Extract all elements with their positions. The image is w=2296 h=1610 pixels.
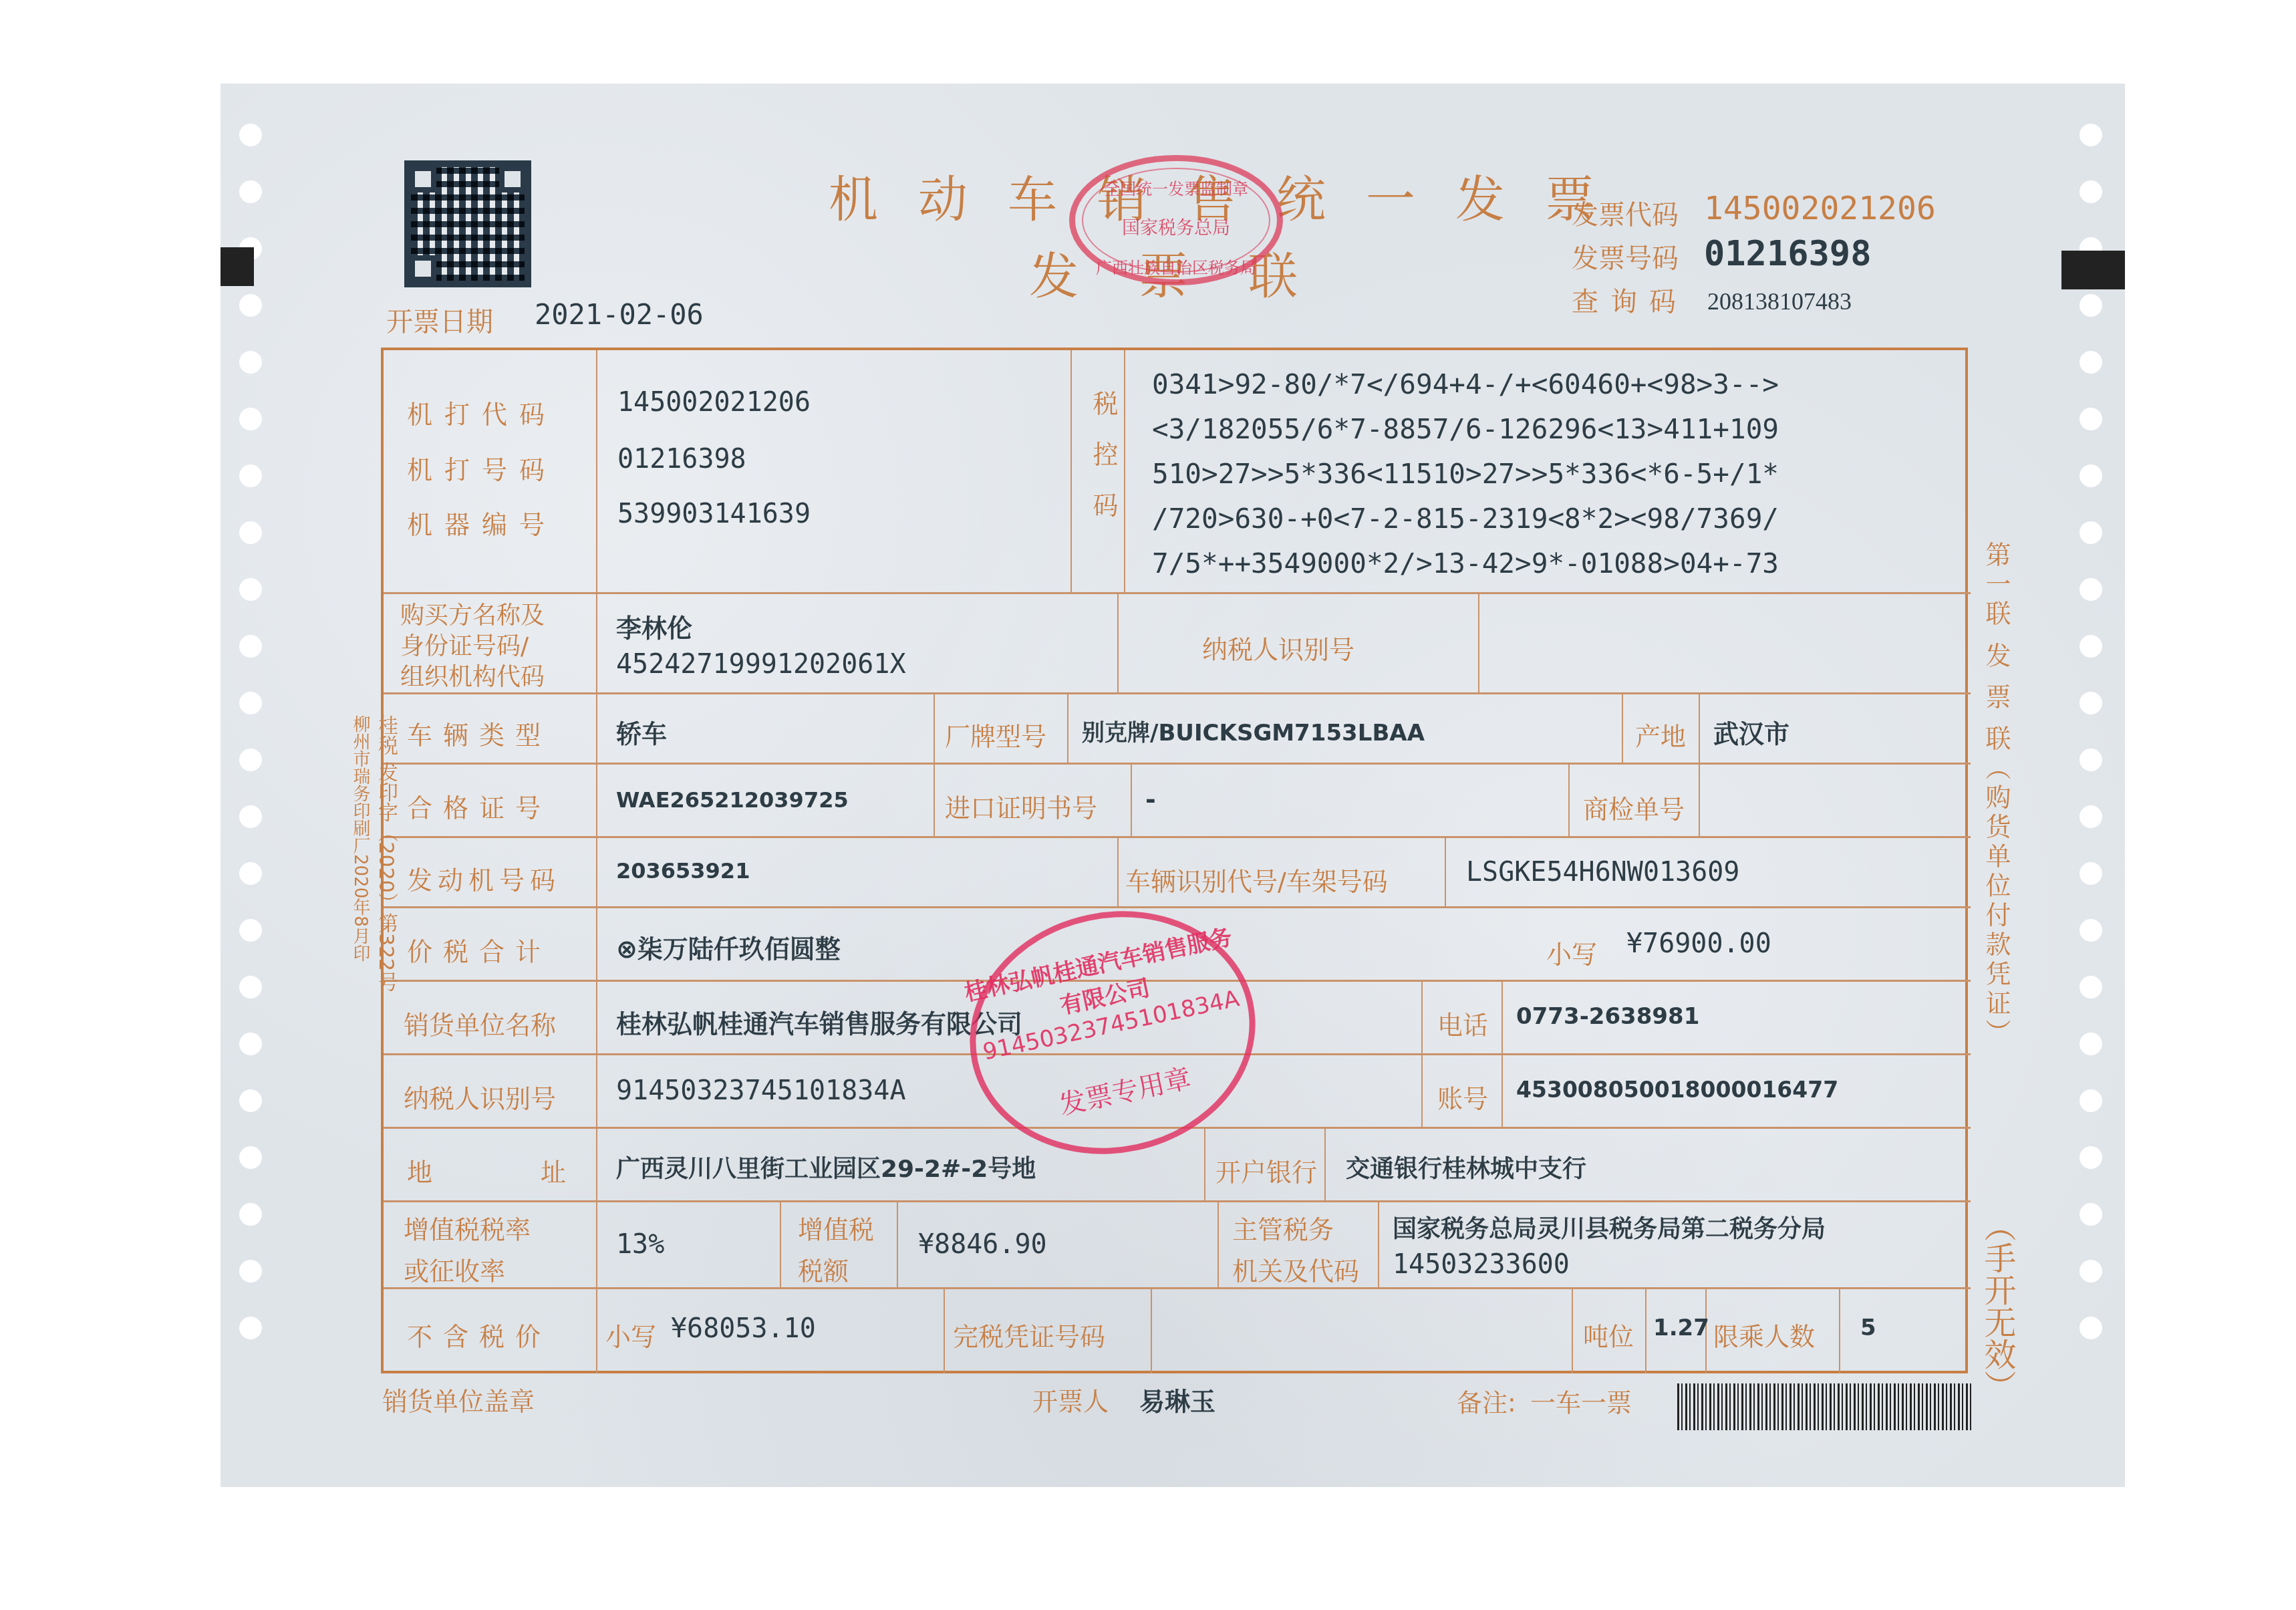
buyer-name: 李林伦 — [616, 608, 692, 644]
query-code-label: 查询码 — [1572, 281, 1688, 319]
import-cert: - — [1145, 785, 1156, 814]
query-code: 208138107483 — [1707, 287, 1852, 315]
copy-note: 第一联 发 票 联（购货单位付款凭证） — [1978, 541, 2015, 1048]
tax-authority-code: 14503233600 — [1393, 1249, 1570, 1280]
seller-account: 453008050018000016477 — [1516, 1077, 1838, 1103]
seller-bank: 交通银行桂林城中支行 — [1346, 1150, 1586, 1184]
invoice-number: 01216398 — [1704, 234, 1871, 274]
tax-authority-name: 国家税务总局灵川县税务局第二税务分局 — [1393, 1210, 1826, 1244]
machine-values-cell: 145002021206 01216398 539903141639 — [597, 350, 1072, 594]
pre-tax-price: ¥68053.10 — [671, 1313, 816, 1344]
origin: 武汉市 — [1713, 713, 1789, 750]
seller-seal-label: 销货单位盖章 — [382, 1381, 535, 1418]
alignment-mark-left — [221, 247, 254, 286]
seller-address: 广西灵川八里街工业园区29-2#-2号地 — [616, 1150, 1036, 1184]
tonnage: 1.27 — [1653, 1315, 1709, 1341]
total-upper: ⊗柒万陆仟玖佰圆整 — [616, 928, 841, 965]
vat-amount: ¥8846.90 — [918, 1229, 1047, 1260]
buyer-label-cell: 购买方名称及身份证号码/组织机构代码 — [384, 594, 597, 694]
tax-control-label-cell: 税控码 — [1072, 350, 1125, 594]
machine-code: 145002021206 — [617, 387, 811, 418]
tax-control-code: 0341>92-80/*7</694+4-/+<60460+<98>3--><3… — [1152, 362, 1779, 586]
buyer-taxpayer-label-cell: 纳税人识别号 — [1119, 594, 1479, 694]
tax-control-code-cell: 0341>92-80/*7</694+4-/+<60460+<98>3--><3… — [1125, 350, 1971, 594]
perforation-holes-right — [2079, 124, 2106, 1460]
perforation-holes-left — [239, 124, 266, 1460]
buyer-taxpayer-value-cell — [1479, 594, 1971, 694]
invoice-code-label: 发票代码 — [1572, 194, 1679, 232]
invoice-table: 机打代码 机打号码 机器编号 145002021206 01216398 539… — [381, 348, 1968, 1373]
remark-label: 备注: — [1457, 1382, 1516, 1419]
vehicle-type: 轿车 — [616, 713, 667, 750]
invoice-code: 145002021206 — [1704, 190, 1936, 227]
invoice-number-label: 发票号码 — [1572, 237, 1679, 275]
certificate-number: WAE265212039725 — [616, 787, 849, 813]
brand-model: 别克牌/BUICKSGM7153LBAA — [1082, 714, 1425, 747]
engine-number: 203653921 — [616, 858, 750, 884]
barcode — [1677, 1383, 1971, 1430]
tax-rate: 13% — [616, 1229, 664, 1260]
machine-number: 01216398 — [617, 444, 746, 475]
device-number: 539903141639 — [617, 499, 811, 529]
seller-phone: 0773-2638981 — [1516, 1003, 1699, 1030]
qr-code — [404, 160, 531, 287]
machine-labels-cell: 机打代码 机打号码 机器编号 — [384, 350, 597, 594]
handwritten-invalid-note: （手开无效） — [1975, 1210, 2021, 1402]
seller-taxpayer-id: 91450323745101834A — [616, 1075, 905, 1106]
seller-name: 桂林弘帆桂通汽车销售服务有限公司 — [616, 1003, 1022, 1040]
passenger-limit: 5 — [1860, 1315, 1876, 1341]
issuer-label: 开票人 — [1032, 1381, 1109, 1418]
issuer-name: 易琳玉 — [1139, 1381, 1215, 1418]
issue-date-label: 开票日期 — [386, 301, 493, 339]
printer-imprint: 桂税 发印字（2020）第322号 柳州市瑞务印刷厂2020年8月印 — [347, 715, 398, 991]
alignment-mark-right — [2061, 251, 2125, 289]
tax-bureau-stamp: 全国统一发票监制章 国家税务总局 广西壮族自治区税务局 — [1069, 155, 1283, 285]
issue-date: 2021-02-06 — [535, 298, 704, 331]
vin-number: LSGKE54H6NW013609 — [1466, 857, 1739, 888]
total-lower: ¥76900.00 — [1626, 928, 1771, 959]
buyer-id-number: 45242719991202061X — [616, 649, 905, 680]
buyer-values-cell: 李林伦 45242719991202061X — [597, 594, 1119, 694]
remark: 一车一票 — [1530, 1382, 1632, 1419]
